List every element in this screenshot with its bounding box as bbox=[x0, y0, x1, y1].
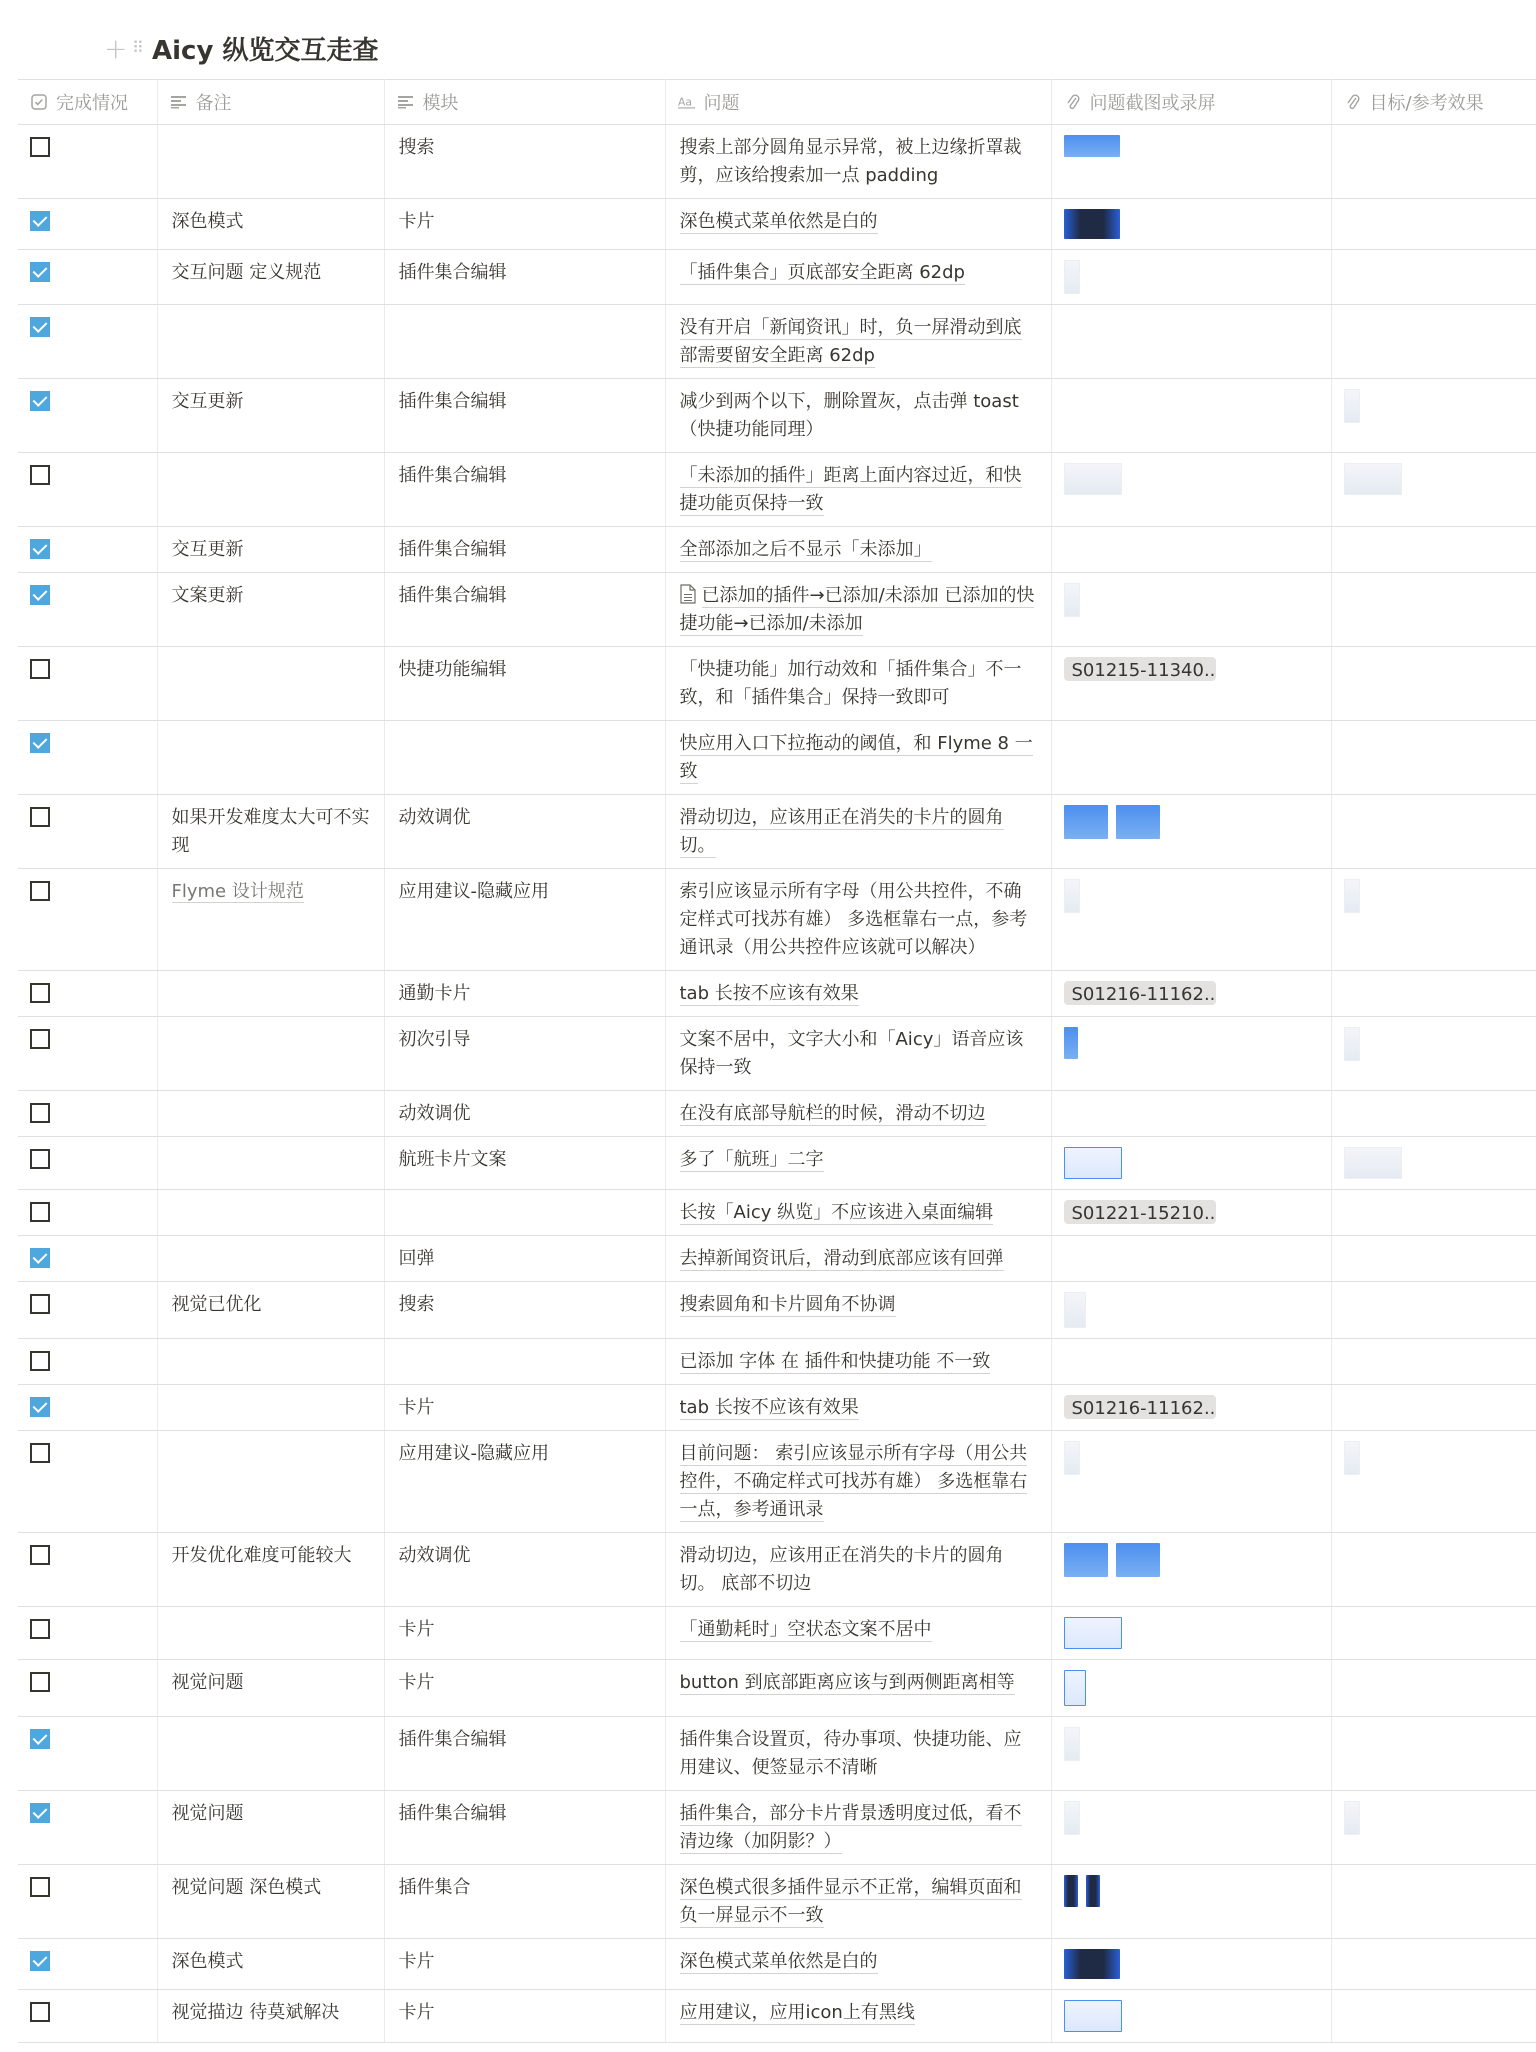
note-cell[interactable]: 视觉问题 bbox=[157, 1660, 384, 1717]
checkbox-unchecked[interactable] bbox=[30, 1619, 50, 1639]
issue-title[interactable]: 深色模式菜单依然是白的 bbox=[680, 211, 878, 234]
screenshot-cell[interactable] bbox=[1051, 1282, 1331, 1339]
screenshot-thumbnail[interactable] bbox=[1116, 805, 1160, 839]
note-cell[interactable] bbox=[157, 1339, 384, 1385]
checkbox-checked[interactable] bbox=[30, 1729, 50, 1749]
issue-cell[interactable]: 滑动切边，应该用正在消失的卡片的圆角切。 底部不切边 bbox=[665, 1533, 1051, 1607]
issue-title[interactable]: 「未添加的插件」距离上面内容过近，和快捷功能页保持一致 bbox=[680, 465, 1022, 516]
drag-handle-icon[interactable]: ⠿ bbox=[132, 43, 146, 53]
note-cell[interactable] bbox=[157, 721, 384, 795]
screenshot-thumbnail[interactable] bbox=[1344, 1801, 1360, 1835]
checkbox-unchecked[interactable] bbox=[30, 659, 50, 679]
module-cell[interactable]: 动效调优 bbox=[384, 1091, 665, 1137]
table-row: 搜索 搜索上部分圆角显示异常，被上边缘折罩裁剪，应该给搜索加一点 padding bbox=[18, 125, 1536, 199]
module-text: 回弹 bbox=[399, 1248, 435, 1269]
screenshot-thumbnail[interactable] bbox=[1064, 1543, 1108, 1577]
note-cell[interactable]: 交互问题 定义规范 bbox=[157, 250, 384, 305]
issue-title[interactable]: 快应用入口下拉拖动的阈值，和 Flyme 8 一致 bbox=[680, 733, 1033, 784]
module-text: 应用建议-隐藏应用 bbox=[399, 881, 550, 902]
checkbox-unchecked[interactable] bbox=[30, 465, 50, 485]
screenshot-thumbnail[interactable] bbox=[1064, 260, 1080, 294]
issue-title[interactable]: 去掉新闻资讯后，滑动到底部应该有回弹 bbox=[680, 1248, 1004, 1271]
note-cell[interactable]: 如果开发难度太大可不实现 bbox=[157, 795, 384, 869]
issue-cell[interactable]: 搜索上部分圆角显示异常，被上边缘折罩裁剪，应该给搜索加一点 padding bbox=[665, 125, 1051, 199]
module-cell[interactable]: 搜索 bbox=[384, 125, 665, 199]
screenshot-cell[interactable] bbox=[1051, 1137, 1331, 1190]
note-cell[interactable]: 深色模式 bbox=[157, 1939, 384, 1990]
checkbox-checked[interactable] bbox=[30, 262, 50, 282]
issue-title[interactable]: 索引应该显示所有字母（用公共控件，不确定样式可找苏有雄） 多选框靠右一点，参考通… bbox=[680, 881, 1028, 958]
note-cell[interactable] bbox=[157, 1717, 384, 1791]
note-cell[interactable] bbox=[157, 305, 384, 379]
module-text: 卡片 bbox=[399, 1397, 435, 1418]
screenshot-cell[interactable] bbox=[1051, 527, 1331, 573]
screenshot-cell[interactable] bbox=[1051, 1091, 1331, 1137]
reference-cell[interactable] bbox=[1331, 305, 1536, 379]
issue-cell[interactable]: 目前问题： 索引应该显示所有字母（用公共控件，不确定样式可找苏有雄） 多选框靠右… bbox=[665, 1431, 1051, 1533]
screenshot-cell[interactable] bbox=[1051, 869, 1331, 971]
issue-cell[interactable]: 深色模式很多插件显示不正常，编辑页面和负一屏显示不一致 bbox=[665, 1865, 1051, 1939]
issue-title[interactable]: 搜索圆角和卡片圆角不协调 bbox=[680, 1294, 896, 1317]
issue-title[interactable]: 应用建议，应用icon上有黑线 bbox=[680, 2002, 915, 2025]
checkbox-checked[interactable] bbox=[30, 1951, 50, 1971]
note-cell[interactable] bbox=[157, 647, 384, 721]
module-cell[interactable]: 应用建议-隐藏应用 bbox=[384, 1431, 665, 1533]
module-text: 卡片 bbox=[399, 1619, 435, 1640]
reference-cell[interactable] bbox=[1331, 1282, 1536, 1339]
issue-title[interactable]: 长按「Aicy 纵览」不应该进入桌面编辑 bbox=[680, 1202, 994, 1225]
issue-cell[interactable]: 插件集合设置页，待办事项、快捷功能、应用建议、便签显示不清晰 bbox=[665, 1717, 1051, 1791]
checkbox-checked[interactable] bbox=[30, 733, 50, 753]
table-row: 初次引导 文案不居中，文字大小和「Aicy」语音应该保持一致 bbox=[18, 1017, 1536, 1091]
screenshot-thumbnail[interactable] bbox=[1064, 1949, 1120, 1979]
module-cell[interactable]: 初次引导 bbox=[384, 1017, 665, 1091]
reference-cell[interactable] bbox=[1331, 971, 1536, 1017]
checkbox-unchecked[interactable] bbox=[30, 1351, 50, 1371]
done-cell bbox=[18, 1791, 157, 1865]
module-cell[interactable]: 卡片 bbox=[384, 1939, 665, 1990]
note-cell[interactable] bbox=[157, 1236, 384, 1282]
note-text: 开发优化难度可能较大 bbox=[172, 1545, 352, 1566]
reference-cell[interactable] bbox=[1331, 125, 1536, 199]
issue-title[interactable]: 全部添加之后不显示「未添加」 bbox=[680, 539, 932, 562]
screenshot-thumbnail[interactable] bbox=[1344, 463, 1402, 495]
note-cell[interactable] bbox=[157, 1137, 384, 1190]
screenshot-cell[interactable] bbox=[1051, 1533, 1331, 1607]
module-cell[interactable]: 插件集合编辑 bbox=[384, 250, 665, 305]
module-cell[interactable]: 插件集合编辑 bbox=[384, 379, 665, 453]
note-cell[interactable] bbox=[157, 1431, 384, 1533]
note-cell[interactable] bbox=[157, 1091, 384, 1137]
checkbox-checked[interactable] bbox=[30, 1803, 50, 1823]
done-cell bbox=[18, 1137, 157, 1190]
issue-title[interactable]: 深色模式很多插件显示不正常，编辑页面和负一屏显示不一致 bbox=[680, 1877, 1022, 1928]
module-cell[interactable]: 动效调优 bbox=[384, 795, 665, 869]
table-row: 插件集合编辑 插件集合设置页，待办事项、快捷功能、应用建议、便签显示不清晰 bbox=[18, 1717, 1536, 1791]
text-lines-icon bbox=[170, 93, 188, 111]
file-attachment-badge[interactable]: S01215-11340... bbox=[1064, 657, 1216, 681]
module-cell[interactable] bbox=[384, 721, 665, 795]
checkbox-unchecked[interactable] bbox=[30, 1149, 50, 1169]
issue-cell[interactable]: 搜索圆角和卡片圆角不协调 bbox=[665, 1282, 1051, 1339]
done-cell bbox=[18, 721, 157, 795]
database-table: 完成情况备注模块Aa问题问题截图或录屏目标/参考效果 搜索 搜索上部分圆角显示异… bbox=[18, 79, 1536, 2043]
column-header[interactable]: 完成情况 bbox=[18, 80, 157, 125]
module-cell[interactable] bbox=[384, 305, 665, 379]
note-cell[interactable]: 深色模式 bbox=[157, 199, 384, 250]
reference-cell[interactable] bbox=[1331, 1017, 1536, 1091]
screenshot-thumbnail[interactable] bbox=[1064, 879, 1080, 913]
checkbox-unchecked[interactable] bbox=[30, 1545, 50, 1565]
reference-cell[interactable] bbox=[1331, 1865, 1536, 1939]
issue-title[interactable]: button 到底部距离应该与到两侧距离相等 bbox=[680, 1672, 1015, 1695]
reference-cell[interactable] bbox=[1331, 1385, 1536, 1431]
file-attachment-badge[interactable]: S01216-11162... bbox=[1064, 1395, 1216, 1419]
issue-title[interactable]: 「插件集合」页底部安全距离 62dp bbox=[680, 262, 965, 285]
checkbox-checked[interactable] bbox=[30, 211, 50, 231]
issue-cell[interactable]: button 到底部距离应该与到两侧距离相等 bbox=[665, 1660, 1051, 1717]
screenshot-thumbnail[interactable] bbox=[1064, 463, 1122, 495]
issue-cell[interactable]: 长按「Aicy 纵览」不应该进入桌面编辑 bbox=[665, 1190, 1051, 1236]
module-cell[interactable]: 卡片 bbox=[384, 1385, 665, 1431]
note-text: 文案更新 bbox=[172, 585, 244, 606]
issue-title[interactable]: 文案不居中，文字大小和「Aicy」语音应该保持一致 bbox=[680, 1029, 1024, 1078]
table-row: 已添加 字体 在 插件和快捷功能 不一致 bbox=[18, 1339, 1536, 1385]
screenshot-cell[interactable] bbox=[1051, 1607, 1331, 1660]
issue-title[interactable]: 插件集合设置页，待办事项、快捷功能、应用建议、便签显示不清晰 bbox=[680, 1729, 1022, 1778]
module-cell[interactable]: 搜索 bbox=[384, 1282, 665, 1339]
note-text: 如果开发难度太大可不实现 bbox=[172, 807, 370, 856]
issue-cell[interactable]: 滑动切边，应该用正在消失的卡片的圆角切。 bbox=[665, 795, 1051, 869]
module-cell[interactable]: 插件集合编辑 bbox=[384, 453, 665, 527]
module-cell[interactable]: 卡片 bbox=[384, 1607, 665, 1660]
module-cell[interactable]: 动效调优 bbox=[384, 1533, 665, 1607]
issue-title[interactable]: 已添加 字体 在 插件和快捷功能 不一致 bbox=[680, 1351, 991, 1374]
issue-title[interactable]: 「快捷功能」加行动效和「插件集合」不一致，和「插件集合」保持一致即可 bbox=[680, 659, 1022, 708]
note-cell[interactable] bbox=[157, 1385, 384, 1431]
module-text: 插件集合编辑 bbox=[399, 585, 507, 606]
reference-cell[interactable] bbox=[1331, 1660, 1536, 1717]
checkbox-unchecked[interactable] bbox=[30, 881, 50, 901]
module-text: 卡片 bbox=[399, 211, 435, 232]
screenshot-cell[interactable] bbox=[1051, 250, 1331, 305]
reference-cell[interactable] bbox=[1331, 573, 1536, 647]
issue-cell[interactable]: 全部添加之后不显示「未添加」 bbox=[665, 527, 1051, 573]
issue-cell[interactable]: tab 长按不应该有效果 bbox=[665, 971, 1051, 1017]
column-header[interactable]: 模块 bbox=[384, 80, 665, 125]
note-cell[interactable] bbox=[157, 453, 384, 527]
file-attachment-badge[interactable]: S01221-15210... bbox=[1064, 1200, 1216, 1224]
done-cell bbox=[18, 125, 157, 199]
module-cell[interactable]: 回弹 bbox=[384, 1236, 665, 1282]
screenshot-thumbnail[interactable] bbox=[1064, 1801, 1080, 1835]
screenshot-cell[interactable] bbox=[1051, 1236, 1331, 1282]
screenshot-cell[interactable] bbox=[1051, 795, 1331, 869]
module-text: 快捷功能编辑 bbox=[399, 659, 507, 680]
screenshot-cell[interactable] bbox=[1051, 125, 1331, 199]
checkbox-unchecked[interactable] bbox=[30, 1103, 50, 1123]
done-cell bbox=[18, 647, 157, 721]
screenshot-cell[interactable] bbox=[1051, 1791, 1331, 1865]
screenshot-thumbnail[interactable] bbox=[1116, 1543, 1160, 1577]
reference-cell[interactable] bbox=[1331, 1236, 1536, 1282]
issue-cell[interactable]: 索引应该显示所有字母（用公共控件，不确定样式可找苏有雄） 多选框靠右一点，参考通… bbox=[665, 869, 1051, 971]
screenshot-thumbnail[interactable] bbox=[1064, 1147, 1122, 1179]
module-cell[interactable]: 卡片 bbox=[384, 1660, 665, 1717]
checkbox-unchecked[interactable] bbox=[30, 1294, 50, 1314]
issue-title[interactable]: 目前问题： 索引应该显示所有字母（用公共控件，不确定样式可找苏有雄） 多选框靠右… bbox=[680, 1443, 1028, 1522]
done-cell bbox=[18, 573, 157, 647]
issue-cell[interactable]: 深色模式菜单依然是白的 bbox=[665, 199, 1051, 250]
note-cell[interactable]: 视觉描边 待莫斌解决 bbox=[157, 1990, 384, 2043]
issue-cell[interactable]: 没有开启「新闻资讯」时，负一屏滑动到底部需要留安全距离 62dp bbox=[665, 305, 1051, 379]
issue-cell[interactable]: 已添加 字体 在 插件和快捷功能 不一致 bbox=[665, 1339, 1051, 1385]
column-header[interactable]: 问题截图或录屏 bbox=[1051, 80, 1331, 125]
screenshot-thumbnail[interactable] bbox=[1086, 1875, 1100, 1907]
column-header[interactable]: 目标/参考效果 bbox=[1331, 80, 1536, 125]
screenshot-cell[interactable] bbox=[1051, 379, 1331, 453]
checkbox-unchecked[interactable] bbox=[30, 2002, 50, 2022]
screenshot-thumbnail[interactable] bbox=[1064, 1441, 1080, 1475]
table-row: 回弹 去掉新闻资讯后，滑动到底部应该有回弹 bbox=[18, 1236, 1536, 1282]
reference-cell[interactable] bbox=[1331, 1717, 1536, 1791]
checkbox-unchecked[interactable] bbox=[30, 1877, 50, 1897]
note-cell[interactable]: 视觉问题 bbox=[157, 1791, 384, 1865]
table-row: 通勤卡片 tab 长按不应该有效果 S01216-11162... bbox=[18, 971, 1536, 1017]
issue-cell[interactable]: 快应用入口下拉拖动的阈值，和 Flyme 8 一致 bbox=[665, 721, 1051, 795]
screenshot-thumbnail[interactable] bbox=[1064, 135, 1120, 157]
checkbox-checked[interactable] bbox=[30, 539, 50, 559]
issue-title[interactable]: 已添加的插件→已添加/未添加 已添加的快捷功能→已添加/未添加 bbox=[680, 585, 1035, 636]
note-cell[interactable] bbox=[157, 1017, 384, 1091]
issue-cell[interactable]: 在没有底部导航栏的时候，滑动不切边 bbox=[665, 1091, 1051, 1137]
issue-title[interactable]: 减少到两个以下，删除置灰，点击弹 toast （快捷功能同理） bbox=[680, 391, 1019, 440]
note-text: 视觉问题 bbox=[172, 1803, 244, 1824]
screenshot-cell[interactable] bbox=[1051, 1865, 1331, 1939]
module-cell[interactable]: 插件集合编辑 bbox=[384, 527, 665, 573]
checkbox-checked[interactable] bbox=[30, 1397, 50, 1417]
screenshot-thumbnail[interactable] bbox=[1344, 1441, 1360, 1475]
reference-cell[interactable] bbox=[1331, 1607, 1536, 1660]
note-cell[interactable]: Flyme 设计规范 bbox=[157, 869, 384, 971]
issue-title[interactable]: 在没有底部导航栏的时候，滑动不切边 bbox=[680, 1103, 986, 1126]
screenshot-cell[interactable] bbox=[1051, 1339, 1331, 1385]
svg-text:Aa: Aa bbox=[678, 96, 692, 109]
screenshot-cell[interactable] bbox=[1051, 305, 1331, 379]
module-cell[interactable]: 插件集合编辑 bbox=[384, 1717, 665, 1791]
module-cell[interactable]: 插件集合编辑 bbox=[384, 1791, 665, 1865]
screenshot-cell[interactable] bbox=[1051, 573, 1331, 647]
checkbox-unchecked[interactable] bbox=[30, 1672, 50, 1692]
module-cell[interactable]: 卡片 bbox=[384, 199, 665, 250]
column-header-label: 目标/参考效果 bbox=[1370, 89, 1484, 115]
plus-icon[interactable]: + bbox=[104, 32, 126, 65]
module-cell[interactable]: 卡片 bbox=[384, 1990, 665, 2043]
screenshot-thumbnail[interactable] bbox=[1064, 805, 1108, 839]
note-cell[interactable] bbox=[157, 1607, 384, 1660]
reference-cell[interactable] bbox=[1331, 795, 1536, 869]
checkbox-checked[interactable] bbox=[30, 585, 50, 605]
reference-cell[interactable] bbox=[1331, 1137, 1536, 1190]
screenshot-thumbnail[interactable] bbox=[1344, 389, 1360, 423]
reference-cell[interactable] bbox=[1331, 1091, 1536, 1137]
note-text[interactable]: Flyme 设计规范 bbox=[172, 881, 304, 903]
screenshot-thumbnail[interactable] bbox=[1064, 1670, 1086, 1706]
screenshot-thumbnail[interactable] bbox=[1064, 1875, 1078, 1907]
table-row: 如果开发难度太大可不实现 动效调优 滑动切边，应该用正在消失的卡片的圆角切。 bbox=[18, 795, 1536, 869]
issue-title[interactable]: 滑动切边，应该用正在消失的卡片的圆角切。 bbox=[680, 807, 1004, 858]
screenshot-thumbnail[interactable] bbox=[1064, 1292, 1086, 1328]
screenshot-thumbnail[interactable] bbox=[1064, 209, 1120, 239]
checkbox-unchecked[interactable] bbox=[30, 137, 50, 157]
column-header[interactable]: 备注 bbox=[157, 80, 384, 125]
table-row: 交互更新 插件集合编辑 全部添加之后不显示「未添加」 bbox=[18, 527, 1536, 573]
reference-cell[interactable] bbox=[1331, 1990, 1536, 2043]
issue-cell[interactable]: tab 长按不应该有效果 bbox=[665, 1385, 1051, 1431]
screenshot-cell[interactable]: S01221-15210... bbox=[1051, 1190, 1331, 1236]
reference-cell[interactable] bbox=[1331, 1431, 1536, 1533]
note-cell[interactable]: 交互更新 bbox=[157, 527, 384, 573]
text-lines-icon bbox=[397, 93, 415, 111]
screenshot-cell[interactable] bbox=[1051, 1939, 1331, 1990]
note-cell[interactable]: 交互更新 bbox=[157, 379, 384, 453]
table-row: 深色模式 卡片 深色模式菜单依然是白的 bbox=[18, 199, 1536, 250]
note-cell[interactable]: 开发优化难度可能较大 bbox=[157, 1533, 384, 1607]
screenshot-thumbnail[interactable] bbox=[1064, 1727, 1080, 1761]
module-text: 插件集合编辑 bbox=[399, 1803, 507, 1824]
reference-cell[interactable] bbox=[1331, 869, 1536, 971]
reference-cell[interactable] bbox=[1331, 1339, 1536, 1385]
screenshot-cell[interactable] bbox=[1051, 453, 1331, 527]
table-row: 视觉问题 插件集合编辑 插件集合，部分卡片背景透明度过低，看不清边缘（加阴影？） bbox=[18, 1791, 1536, 1865]
screenshot-thumbnail[interactable] bbox=[1344, 879, 1360, 913]
screenshot-cell[interactable]: S01216-11162... bbox=[1051, 971, 1331, 1017]
issue-cell[interactable]: 已添加的插件→已添加/未添加 已添加的快捷功能→已添加/未添加 bbox=[665, 573, 1051, 647]
issue-title[interactable]: 深色模式菜单依然是白的 bbox=[680, 1951, 878, 1974]
table-row: 卡片 tab 长按不应该有效果 S01216-11162... bbox=[18, 1385, 1536, 1431]
done-cell bbox=[18, 379, 157, 453]
issue-cell[interactable]: 去掉新闻资讯后，滑动到底部应该有回弹 bbox=[665, 1236, 1051, 1282]
module-cell[interactable]: 航班卡片文案 bbox=[384, 1137, 665, 1190]
module-cell[interactable]: 快捷功能编辑 bbox=[384, 647, 665, 721]
issue-cell[interactable]: 「通勤耗时」空状态文案不居中 bbox=[665, 1607, 1051, 1660]
table-row: 应用建议-隐藏应用 目前问题： 索引应该显示所有字母（用公共控件，不确定样式可找… bbox=[18, 1431, 1536, 1533]
checkbox-checked[interactable] bbox=[30, 317, 50, 337]
issue-cell[interactable]: 「未添加的插件」距离上面内容过近，和快捷功能页保持一致 bbox=[665, 453, 1051, 527]
table-row: 交互更新 插件集合编辑 减少到两个以下，删除置灰，点击弹 toast （快捷功能… bbox=[18, 379, 1536, 453]
screenshot-cell[interactable] bbox=[1051, 1717, 1331, 1791]
reference-cell[interactable] bbox=[1331, 721, 1536, 795]
checkbox-unchecked[interactable] bbox=[30, 1202, 50, 1222]
module-text: 应用建议-隐藏应用 bbox=[399, 1443, 550, 1464]
module-text: 航班卡片文案 bbox=[399, 1149, 507, 1170]
module-cell[interactable] bbox=[384, 1190, 665, 1236]
issue-title[interactable]: 没有开启「新闻资讯」时，负一屏滑动到底部需要留安全距离 62dp bbox=[680, 317, 1022, 368]
note-cell[interactable]: 文案更新 bbox=[157, 573, 384, 647]
reference-cell[interactable] bbox=[1331, 527, 1536, 573]
reference-cell[interactable] bbox=[1331, 1791, 1536, 1865]
table-row: 交互问题 定义规范 插件集合编辑 「插件集合」页底部安全距离 62dp bbox=[18, 250, 1536, 305]
checkbox-unchecked[interactable] bbox=[30, 1443, 50, 1463]
note-cell[interactable]: 视觉问题 深色模式 bbox=[157, 1865, 384, 1939]
issue-cell[interactable]: 应用建议，应用icon上有黑线 bbox=[665, 1990, 1051, 2043]
reference-cell[interactable] bbox=[1331, 1939, 1536, 1990]
issue-title[interactable]: 「通勤耗时」空状态文案不居中 bbox=[680, 1619, 932, 1642]
issue-cell[interactable]: 「插件集合」页底部安全距离 62dp bbox=[665, 250, 1051, 305]
issue-cell[interactable]: 深色模式菜单依然是白的 bbox=[665, 1939, 1051, 1990]
note-cell[interactable] bbox=[157, 125, 384, 199]
note-cell[interactable]: 视觉已优化 bbox=[157, 1282, 384, 1339]
checkbox-unchecked[interactable] bbox=[30, 983, 50, 1003]
screenshot-thumbnail[interactable] bbox=[1064, 583, 1080, 617]
screenshot-cell[interactable] bbox=[1051, 1017, 1331, 1091]
note-cell[interactable] bbox=[157, 971, 384, 1017]
screenshot-cell[interactable] bbox=[1051, 199, 1331, 250]
module-cell[interactable]: 应用建议-隐藏应用 bbox=[384, 869, 665, 971]
reference-cell[interactable] bbox=[1331, 250, 1536, 305]
module-cell[interactable]: 通勤卡片 bbox=[384, 971, 665, 1017]
checkbox-checked[interactable] bbox=[30, 391, 50, 411]
reference-cell[interactable] bbox=[1331, 379, 1536, 453]
screenshot-thumbnail[interactable] bbox=[1064, 1027, 1078, 1059]
screenshot-cell[interactable] bbox=[1051, 1660, 1331, 1717]
checkbox-unchecked[interactable] bbox=[30, 807, 50, 827]
screenshot-cell[interactable]: S01215-11340... bbox=[1051, 647, 1331, 721]
checkbox-checked[interactable] bbox=[30, 1248, 50, 1268]
issue-cell[interactable]: 插件集合，部分卡片背景透明度过低，看不清边缘（加阴影？） bbox=[665, 1791, 1051, 1865]
done-cell bbox=[18, 250, 157, 305]
reference-cell[interactable] bbox=[1331, 1190, 1536, 1236]
checkbox-unchecked[interactable] bbox=[30, 1029, 50, 1049]
issue-title[interactable]: 搜索上部分圆角显示异常，被上边缘折罩裁剪，应该给搜索加一点 padding bbox=[680, 137, 1022, 186]
done-cell bbox=[18, 1282, 157, 1339]
issue-cell[interactable]: 减少到两个以下，删除置灰，点击弹 toast （快捷功能同理） bbox=[665, 379, 1051, 453]
note-cell[interactable] bbox=[157, 1190, 384, 1236]
column-header[interactable]: Aa问题 bbox=[665, 80, 1051, 125]
screenshot-thumbnail[interactable] bbox=[1344, 1147, 1402, 1179]
module-cell[interactable] bbox=[384, 1339, 665, 1385]
reference-cell[interactable] bbox=[1331, 647, 1536, 721]
issue-cell[interactable]: 「快捷功能」加行动效和「插件集合」不一致，和「插件集合」保持一致即可 bbox=[665, 647, 1051, 721]
screenshot-cell[interactable]: S01216-11162... bbox=[1051, 1385, 1331, 1431]
column-header-label: 备注 bbox=[196, 89, 232, 115]
issue-title[interactable]: 插件集合，部分卡片背景透明度过低，看不清边缘（加阴影？） bbox=[680, 1803, 1022, 1854]
issue-title[interactable]: 滑动切边，应该用正在消失的卡片的圆角切。 底部不切边 bbox=[680, 1545, 1004, 1594]
screenshot-cell[interactable] bbox=[1051, 721, 1331, 795]
table-row: 快捷功能编辑 「快捷功能」加行动效和「插件集合」不一致，和「插件集合」保持一致即… bbox=[18, 647, 1536, 721]
reference-cell[interactable] bbox=[1331, 453, 1536, 527]
issue-cell[interactable]: 文案不居中，文字大小和「Aicy」语音应该保持一致 bbox=[665, 1017, 1051, 1091]
done-cell bbox=[18, 1717, 157, 1791]
table-row: 文案更新 插件集合编辑 已添加的插件→已添加/未添加 已添加的快捷功能→已添加/… bbox=[18, 573, 1536, 647]
module-cell[interactable]: 插件集合 bbox=[384, 1865, 665, 1939]
table-row: 视觉描边 待莫斌解决 卡片 应用建议，应用icon上有黑线 bbox=[18, 1990, 1536, 2043]
module-cell[interactable]: 插件集合编辑 bbox=[384, 573, 665, 647]
issue-title[interactable]: tab 长按不应该有效果 bbox=[680, 1397, 859, 1420]
screenshot-thumbnail[interactable] bbox=[1064, 1617, 1122, 1649]
done-cell bbox=[18, 869, 157, 971]
screenshot-thumbnail[interactable] bbox=[1064, 2000, 1122, 2032]
reference-cell[interactable] bbox=[1331, 199, 1536, 250]
issue-title[interactable]: 多了「航班」二字 bbox=[680, 1149, 824, 1172]
screenshot-cell[interactable] bbox=[1051, 1431, 1331, 1533]
screenshot-thumbnail[interactable] bbox=[1344, 1027, 1360, 1061]
screenshot-cell[interactable] bbox=[1051, 1990, 1331, 2043]
issue-title[interactable]: tab 长按不应该有效果 bbox=[680, 983, 859, 1006]
issue-cell[interactable]: 多了「航班」二字 bbox=[665, 1137, 1051, 1190]
file-attachment-badge[interactable]: S01216-11162... bbox=[1064, 981, 1216, 1005]
reference-cell[interactable] bbox=[1331, 1533, 1536, 1607]
